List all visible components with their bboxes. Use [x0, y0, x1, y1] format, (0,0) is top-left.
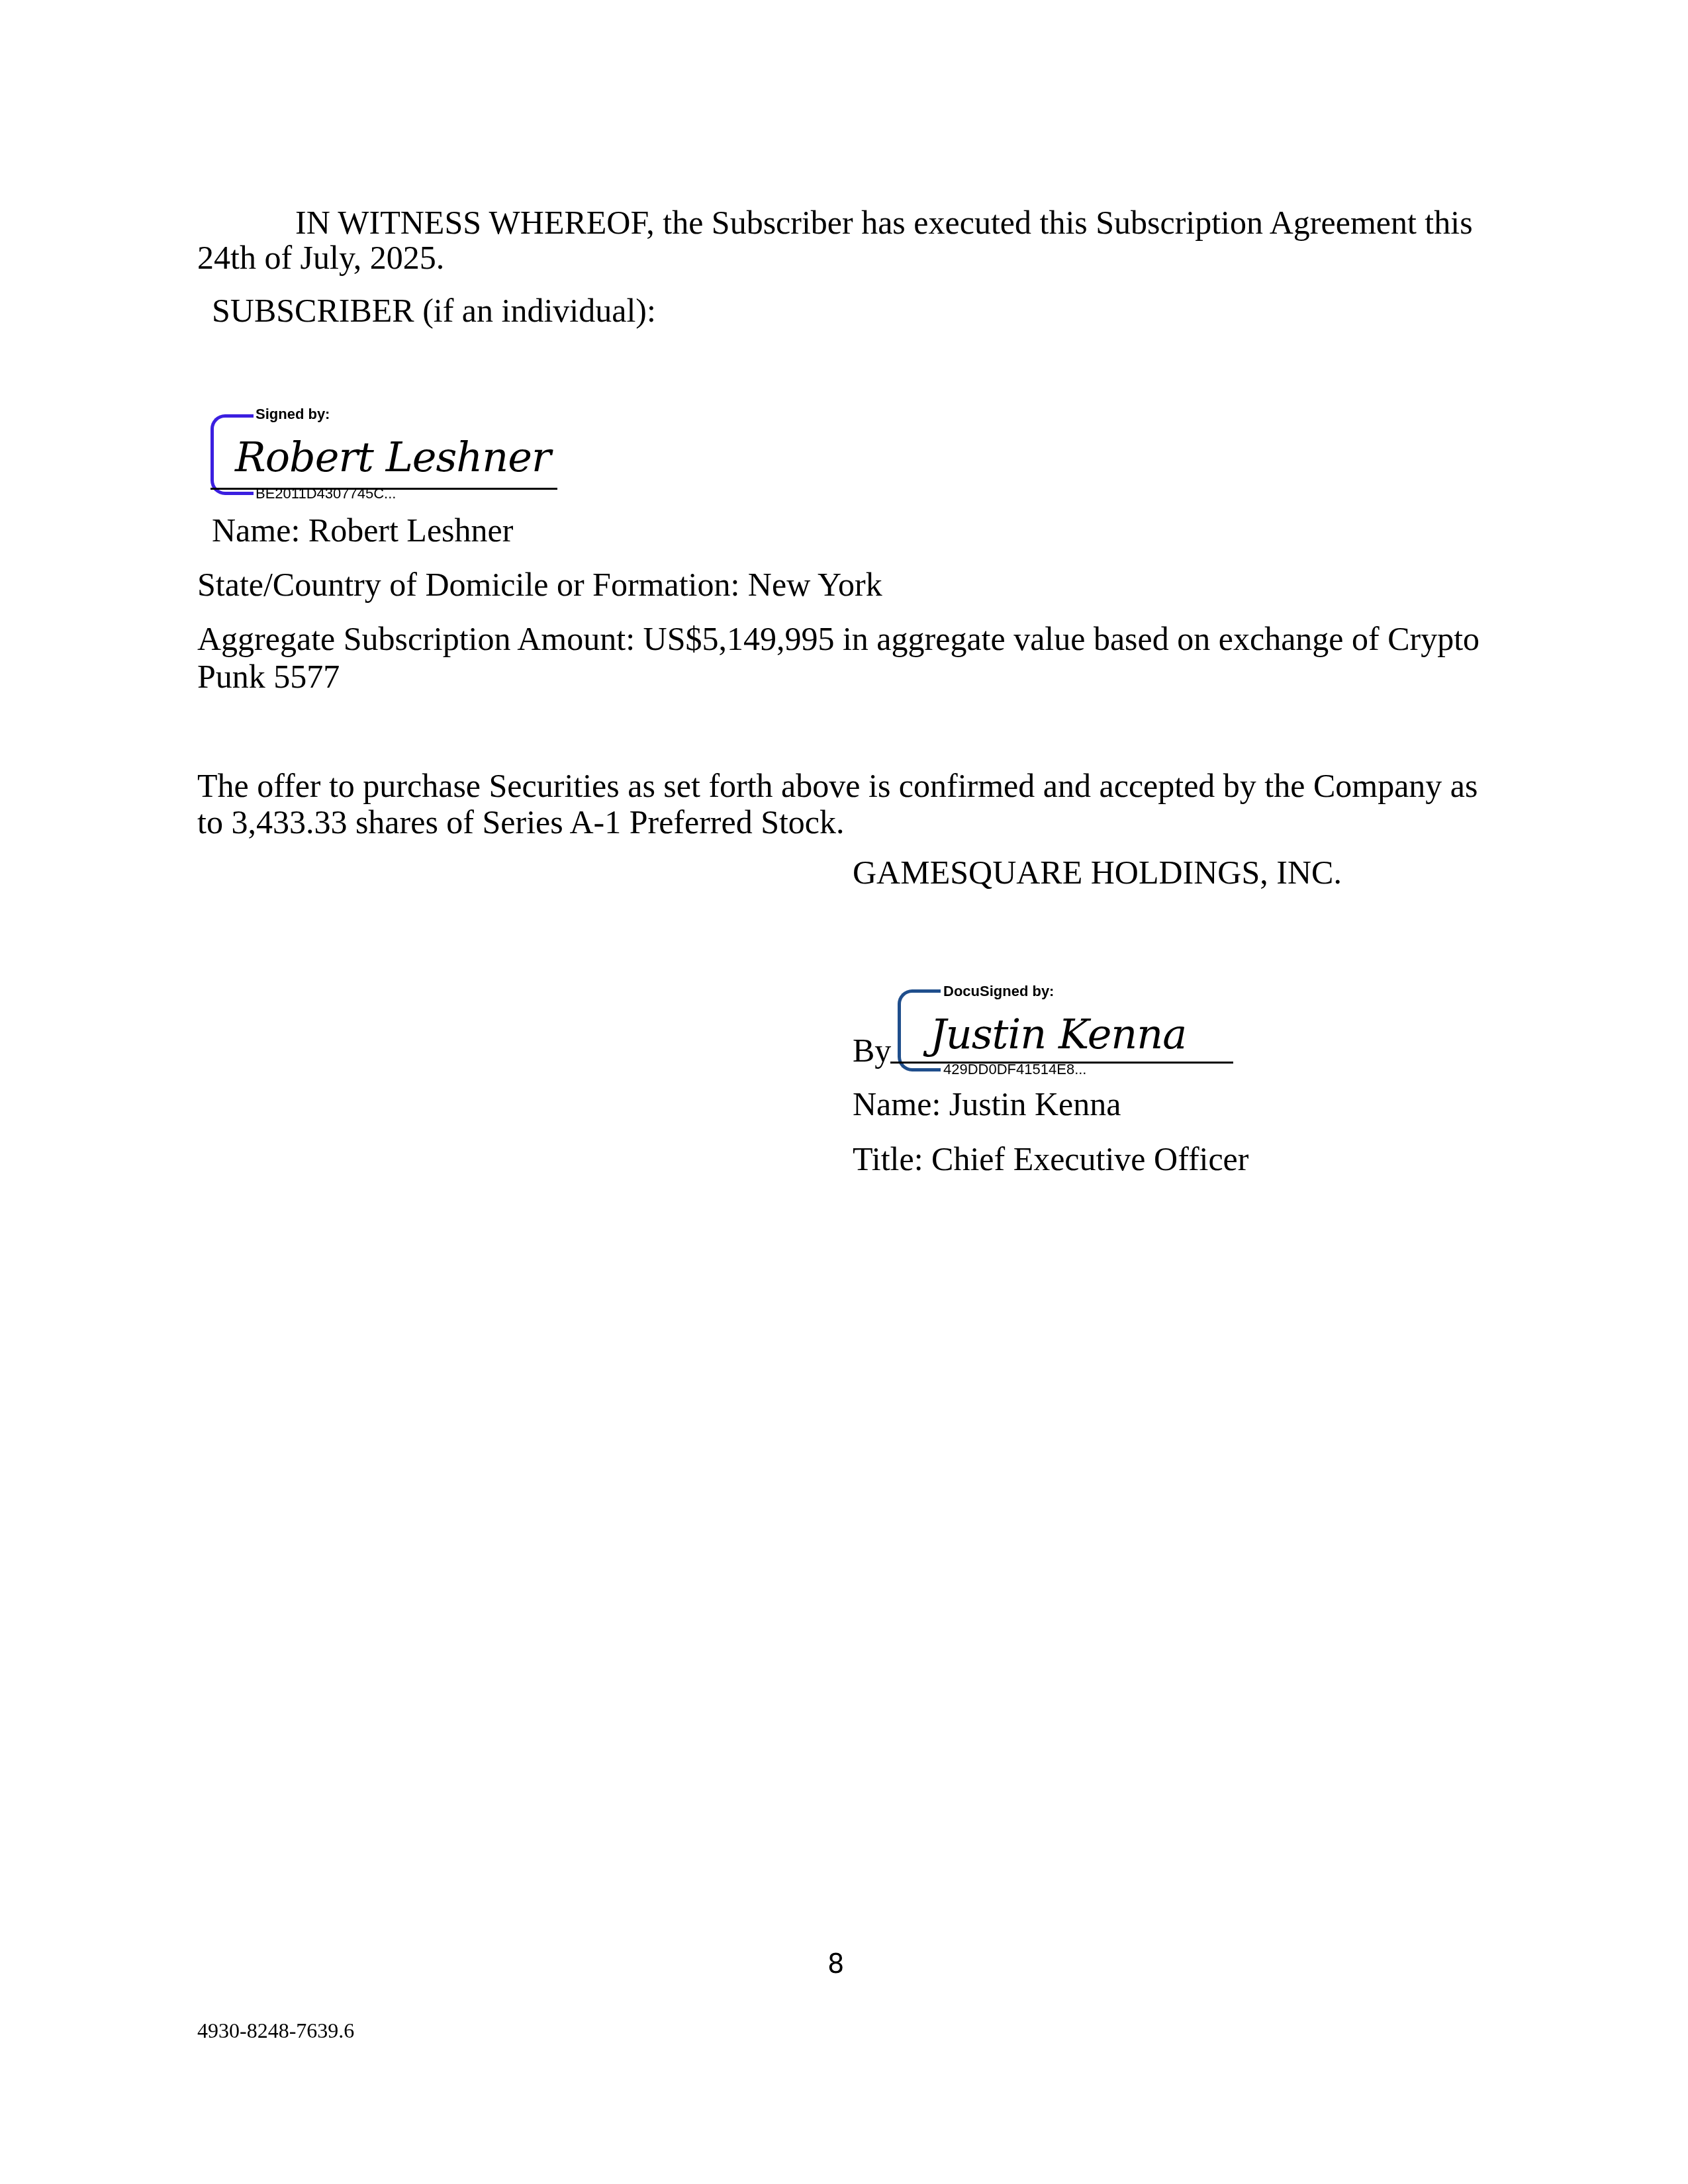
subscription-amount-line-2: Punk 5577: [197, 660, 340, 693]
witness-line-2: 24th of July, 2025.: [197, 241, 444, 274]
subscriber-envelope-id: BE2011D4307745C...: [256, 486, 396, 501]
company-signature: Justin Kenna: [930, 1014, 1186, 1055]
docusigned-by-label: DocuSigned by:: [943, 984, 1054, 999]
subscription-amount-line-1: Aggregate Subscription Amount: US$5,149,…: [197, 622, 1479, 655]
page-number: 8: [827, 1951, 844, 1978]
document-id: 4930-8248-7639.6: [197, 2020, 354, 2041]
signer-name: Name: Justin Kenna: [853, 1087, 1121, 1120]
document-page: IN WITNESS WHEREOF, the Subscriber has e…: [0, 0, 1688, 2184]
subscriber-signature: Robert Leshner: [235, 437, 551, 478]
subscriber-domicile: State/Country of Domicile or Formation: …: [197, 568, 882, 601]
subscriber-name: Name: Robert Leshner: [212, 514, 513, 547]
signed-by-label: Signed by:: [256, 407, 330, 422]
witness-line-1: IN WITNESS WHEREOF, the Subscriber has e…: [295, 206, 1473, 239]
acceptance-line-2: to 3,433.33 shares of Series A-1 Preferr…: [197, 805, 845, 839]
company-name: GAMESQUARE HOLDINGS, INC.: [853, 856, 1342, 889]
acceptance-line-1: The offer to purchase Securities as set …: [197, 769, 1478, 802]
company-envelope-id: 429DD0DF41514E8...: [943, 1062, 1086, 1077]
subscriber-heading: SUBSCRIBER (if an individual):: [212, 294, 656, 327]
signer-title: Title: Chief Executive Officer: [853, 1142, 1248, 1175]
by-label: By: [853, 1034, 891, 1067]
